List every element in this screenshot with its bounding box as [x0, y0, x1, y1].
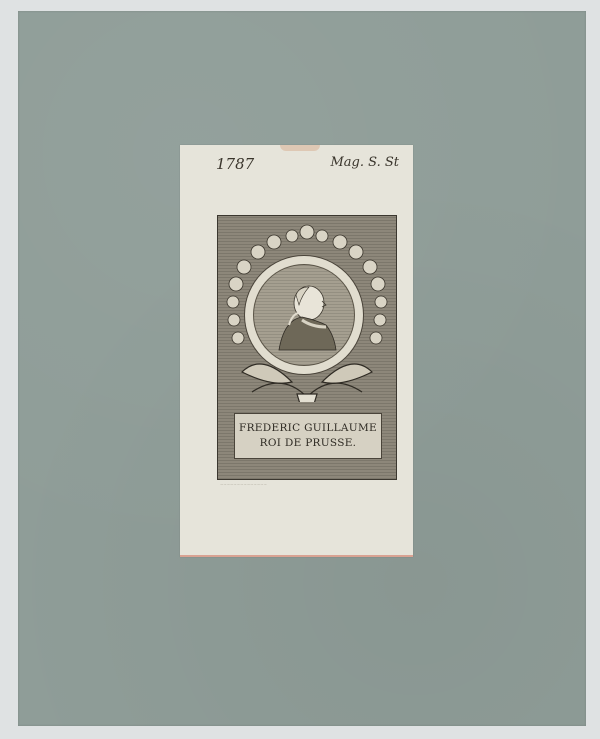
year-inscription: 1787 [216, 155, 254, 173]
engraver-credit: ~~~~~~~~~~~~~~ [220, 482, 267, 487]
caption-line-2: ROI DE PRUSSE. [260, 436, 357, 451]
caption-line-1: FREDERIC GUILLAUME [239, 421, 377, 436]
engraved-plate: FREDERIC GUILLAUME ROI DE PRUSSE. [217, 215, 397, 480]
reference-inscription: Mag. S. St [331, 155, 400, 170]
print-paper: 1787 Mag. S. St [180, 145, 413, 557]
paper-stain [280, 145, 320, 151]
caption-tablet: FREDERIC GUILLAUME ROI DE PRUSSE. [234, 413, 382, 459]
portrait-medallion [245, 256, 363, 374]
portrait-profile-icon [254, 265, 354, 365]
